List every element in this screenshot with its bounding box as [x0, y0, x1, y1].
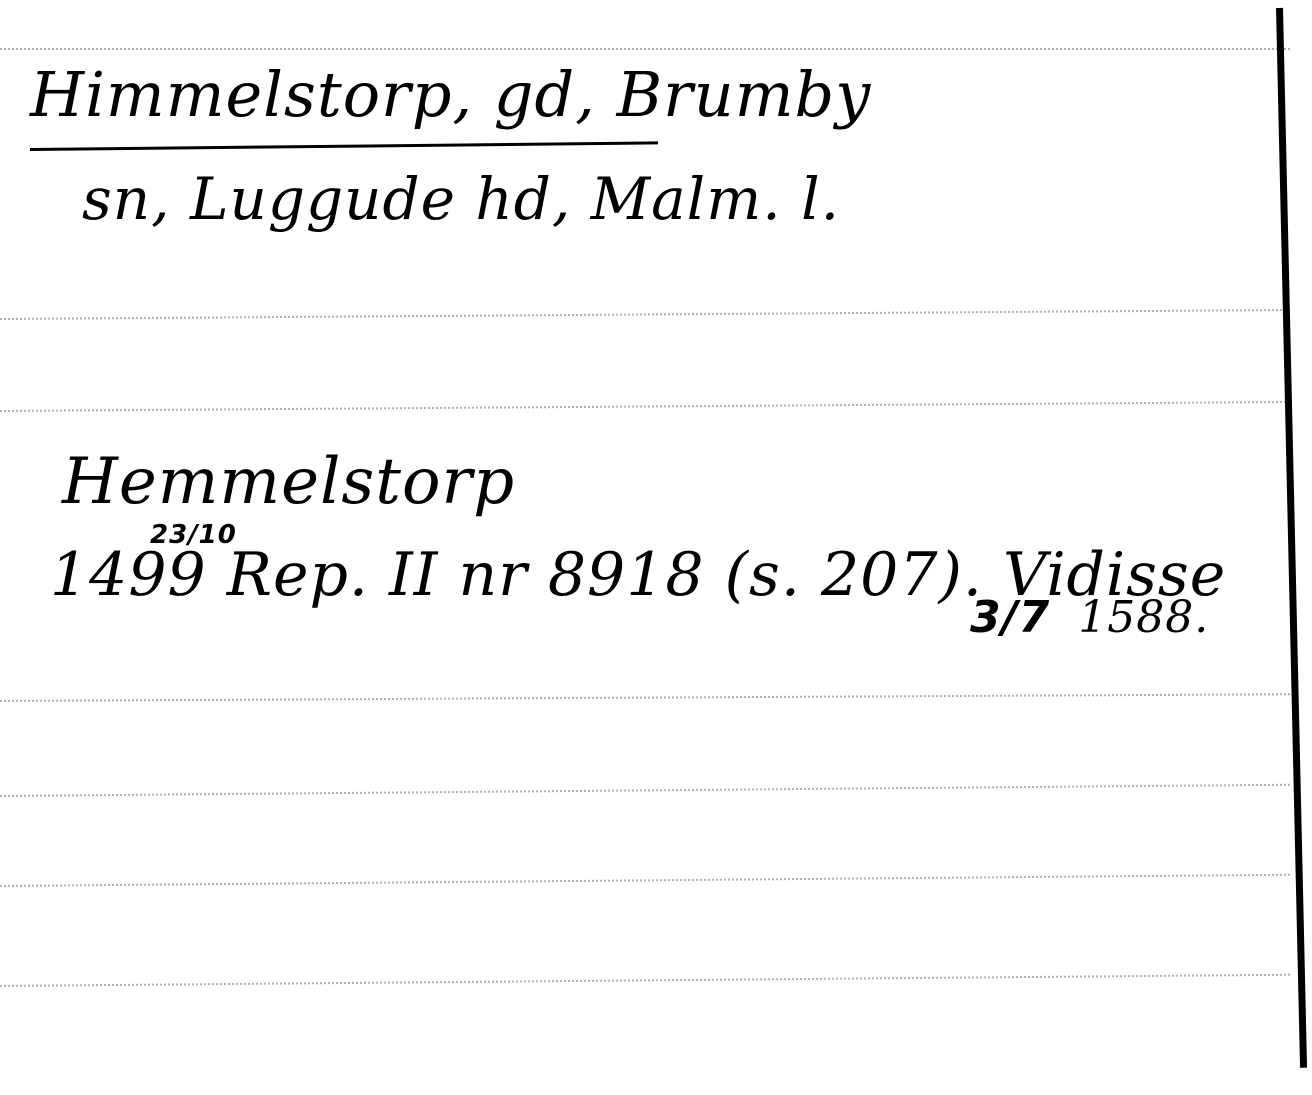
ruling-line [0, 309, 1290, 320]
ruling-line [0, 784, 1290, 797]
entry-line-2: sn, Luggude hd, Malm. l. [82, 165, 840, 233]
ruling-line [0, 874, 1290, 887]
ruling-line [0, 693, 1290, 702]
vidisse-year: 1588. [1078, 592, 1209, 643]
archive-card: Himmelstorp, gd, Brumby sn, Luggude hd, … [0, 0, 1312, 1095]
card-right-border [1276, 8, 1307, 1068]
ruling-line [0, 48, 1290, 50]
entry-line-1: Himmelstorp, gd, Brumby [30, 58, 871, 131]
variant-form: Hemmelstorp [62, 445, 515, 519]
headword: Himmelstorp [30, 58, 452, 131]
entry-line-1-rest: , gd, Brumby [452, 58, 871, 131]
vidisse-date: 3/7 [970, 592, 1050, 643]
headword-underline [30, 141, 658, 151]
ruling-line [0, 974, 1290, 987]
ruling-line [0, 401, 1290, 412]
vidisse-date-line: 3/71588. [970, 592, 1209, 643]
